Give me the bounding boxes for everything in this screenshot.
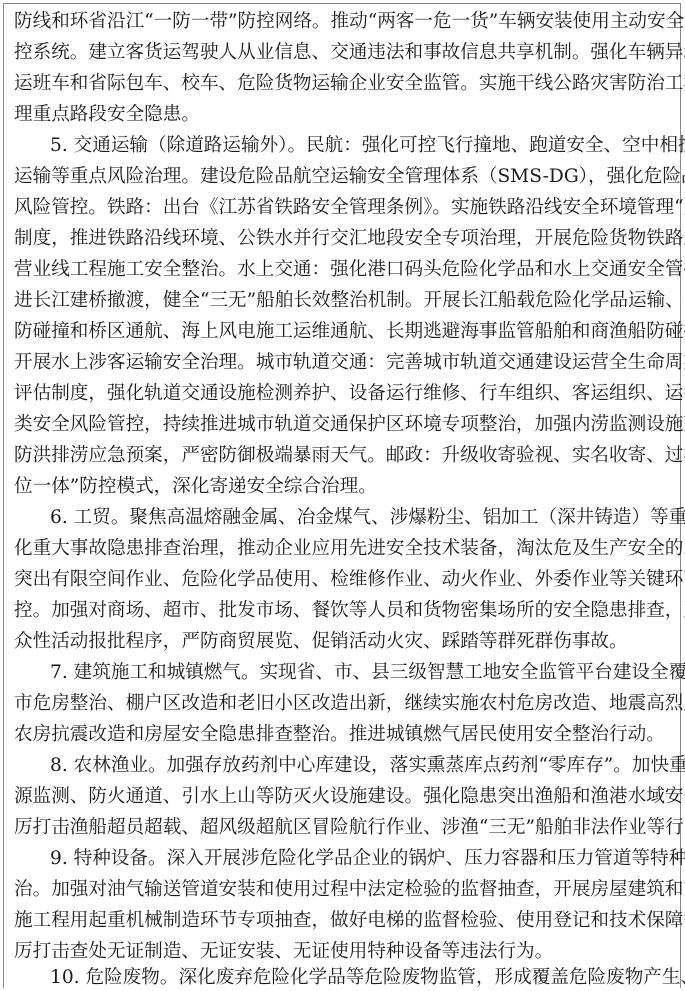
section-heading-line: 9. 特种设备。深入开展涉危险化学品企业的锅炉、压力容器和压力管道等特种设备排查… <box>50 847 678 871</box>
text-line: 施工程用起重机械制造环节专项抽查，做好电梯的监督检验、使用登记和技术保障等工作。… <box>14 909 678 933</box>
document-page: 防线和环省沿江“一防一带”防控网络。推动“两客一危一货”车辆安装使用主动安全智能… <box>3 3 681 988</box>
text-line: 位一体”防控模式，深化寄递安全综合治理。 <box>14 475 678 499</box>
text-line: 突出有限空间作业、危险化学品使用、检维修作业、动火作业、外委作业等关键环节的风险… <box>14 568 678 592</box>
text-line: 农房抗震改造和房屋安全隐患排查整治。推进城镇燃气居民使用安全整治行动。 <box>14 723 678 747</box>
text-line: 控。加强对商场、超市、批发市场、餐饮等人员和货物密集场所的安全隐患排查，严格大型… <box>14 599 678 623</box>
section-heading-line: 10. 危险废物。深化废弃危险化学品等危险废物监管，形成覆盖危险废物产生、收集、… <box>50 966 678 990</box>
text-line: 类安全风险管控，持续推进城市轨道交通保护区环境专项整治，加强内涝监测设施建设，完… <box>14 413 678 437</box>
section-heading-line: 5. 交通运输（除道路运输外）。民航：强化可控飞行撞地、跑道安全、空中相撞与危险… <box>50 134 678 158</box>
section-heading-line: 8. 农林渔业。加强存放药剂中心库建设，落实熏蒸库点药剂“零库存”。加快重点林区… <box>50 754 678 778</box>
text-line: 源监测、防火通道、引水上山等防灭火设施建设。强化隐患突出渔船和渔港水域安全监管，… <box>14 785 678 809</box>
text-line: 风险管控。铁路：出台《江苏省铁路安全管理条例》。实施铁路沿线安全环境管理“双段长… <box>14 196 678 220</box>
text-line: 防线和环省沿江“一防一带”防控网络。推动“两客一危一货”车辆安装使用主动安全智能… <box>14 10 678 34</box>
text-line: 防洪排涝应急预案，严密防御极端暴雨天气。邮政：升级收寄验视、实名收寄、过机安检“… <box>14 444 678 468</box>
text-line: 理重点路段安全隐患。 <box>14 103 678 127</box>
text-line: 评估制度，强化轨道交通设施检测养护、设备运行维修、行车组织、客运组织、运行环境等… <box>14 382 678 406</box>
text-line: 营业线工程施工安全整治。水上交通：强化港口码头危险化学品和水上交通安全管控，有序… <box>14 258 678 282</box>
section-heading-line: 7. 建筑施工和城镇燃气。实现省、市、县三级智慧工地安全监管平台建设全覆盖。推进… <box>50 661 678 685</box>
text-line: 厉打击渔船超员超载、超风级超航区冒险航行作业、涉渔“三无”船舶非法作业等行为。 <box>14 816 678 840</box>
text-line: 市危房整治、棚户区改造和老旧小区改造出新，继续实施农村危房改造、地震高烈度设防地… <box>14 692 678 716</box>
text-line: 开展水上涉客运输安全治理。城市轨道交通：完善城市轨道交通建设运营全生命周期安全评… <box>14 351 678 375</box>
text-line: 进长江建桥撤渡，健全“三无”船舶长效整治机制。开展长江船载危险化学品运输、长江桥… <box>14 289 678 313</box>
text-line: 治。加强对油气输送管道安装和使用过程中法定检验的监督抽查，开展房屋建筑和市政基础… <box>14 878 678 902</box>
text-line: 运班车和省际包车、校车、危险货物运输企业安全监管。实施干线公路灾害防治工程，深入… <box>14 72 678 96</box>
text-line: 运输等重点风险治理。建设危险品航空运输安全管理体系（SMS-DG），强化危险品航… <box>14 165 678 189</box>
text-line: 化重大事故隐患排查治理，推动企业应用先进安全技术装备，淘汰危及生产安全的工艺、设… <box>14 537 678 561</box>
text-line: 众性活动报批程序，严防商贸展览、促销活动火灾、踩踏等群死群伤事故。 <box>14 630 678 654</box>
text-line: 控系统。建立客货运驾驶人从业信息、交通违法和事故信息共享机制。强化车辆异地、长途… <box>14 41 678 65</box>
text-line: 防碰撞和桥区通航、海上风电施工运维通航、长期逃避海事监管船舶和商渔船防碰撞安全整… <box>14 320 678 344</box>
text-line: 制度，推进铁路沿线环境、公铁水并行交汇地段安全专项治理，开展危险货物铁路运输、铁… <box>14 227 678 251</box>
text-line: 厉打击查处无证制造、无证安装、无证使用特种设备等违法行为。 <box>14 940 678 964</box>
section-heading-line: 6. 工贸。聚焦高温熔融金属、冶金煤气、涉爆粉尘、铝加工（深井铸造）等重点领域，… <box>50 506 678 530</box>
